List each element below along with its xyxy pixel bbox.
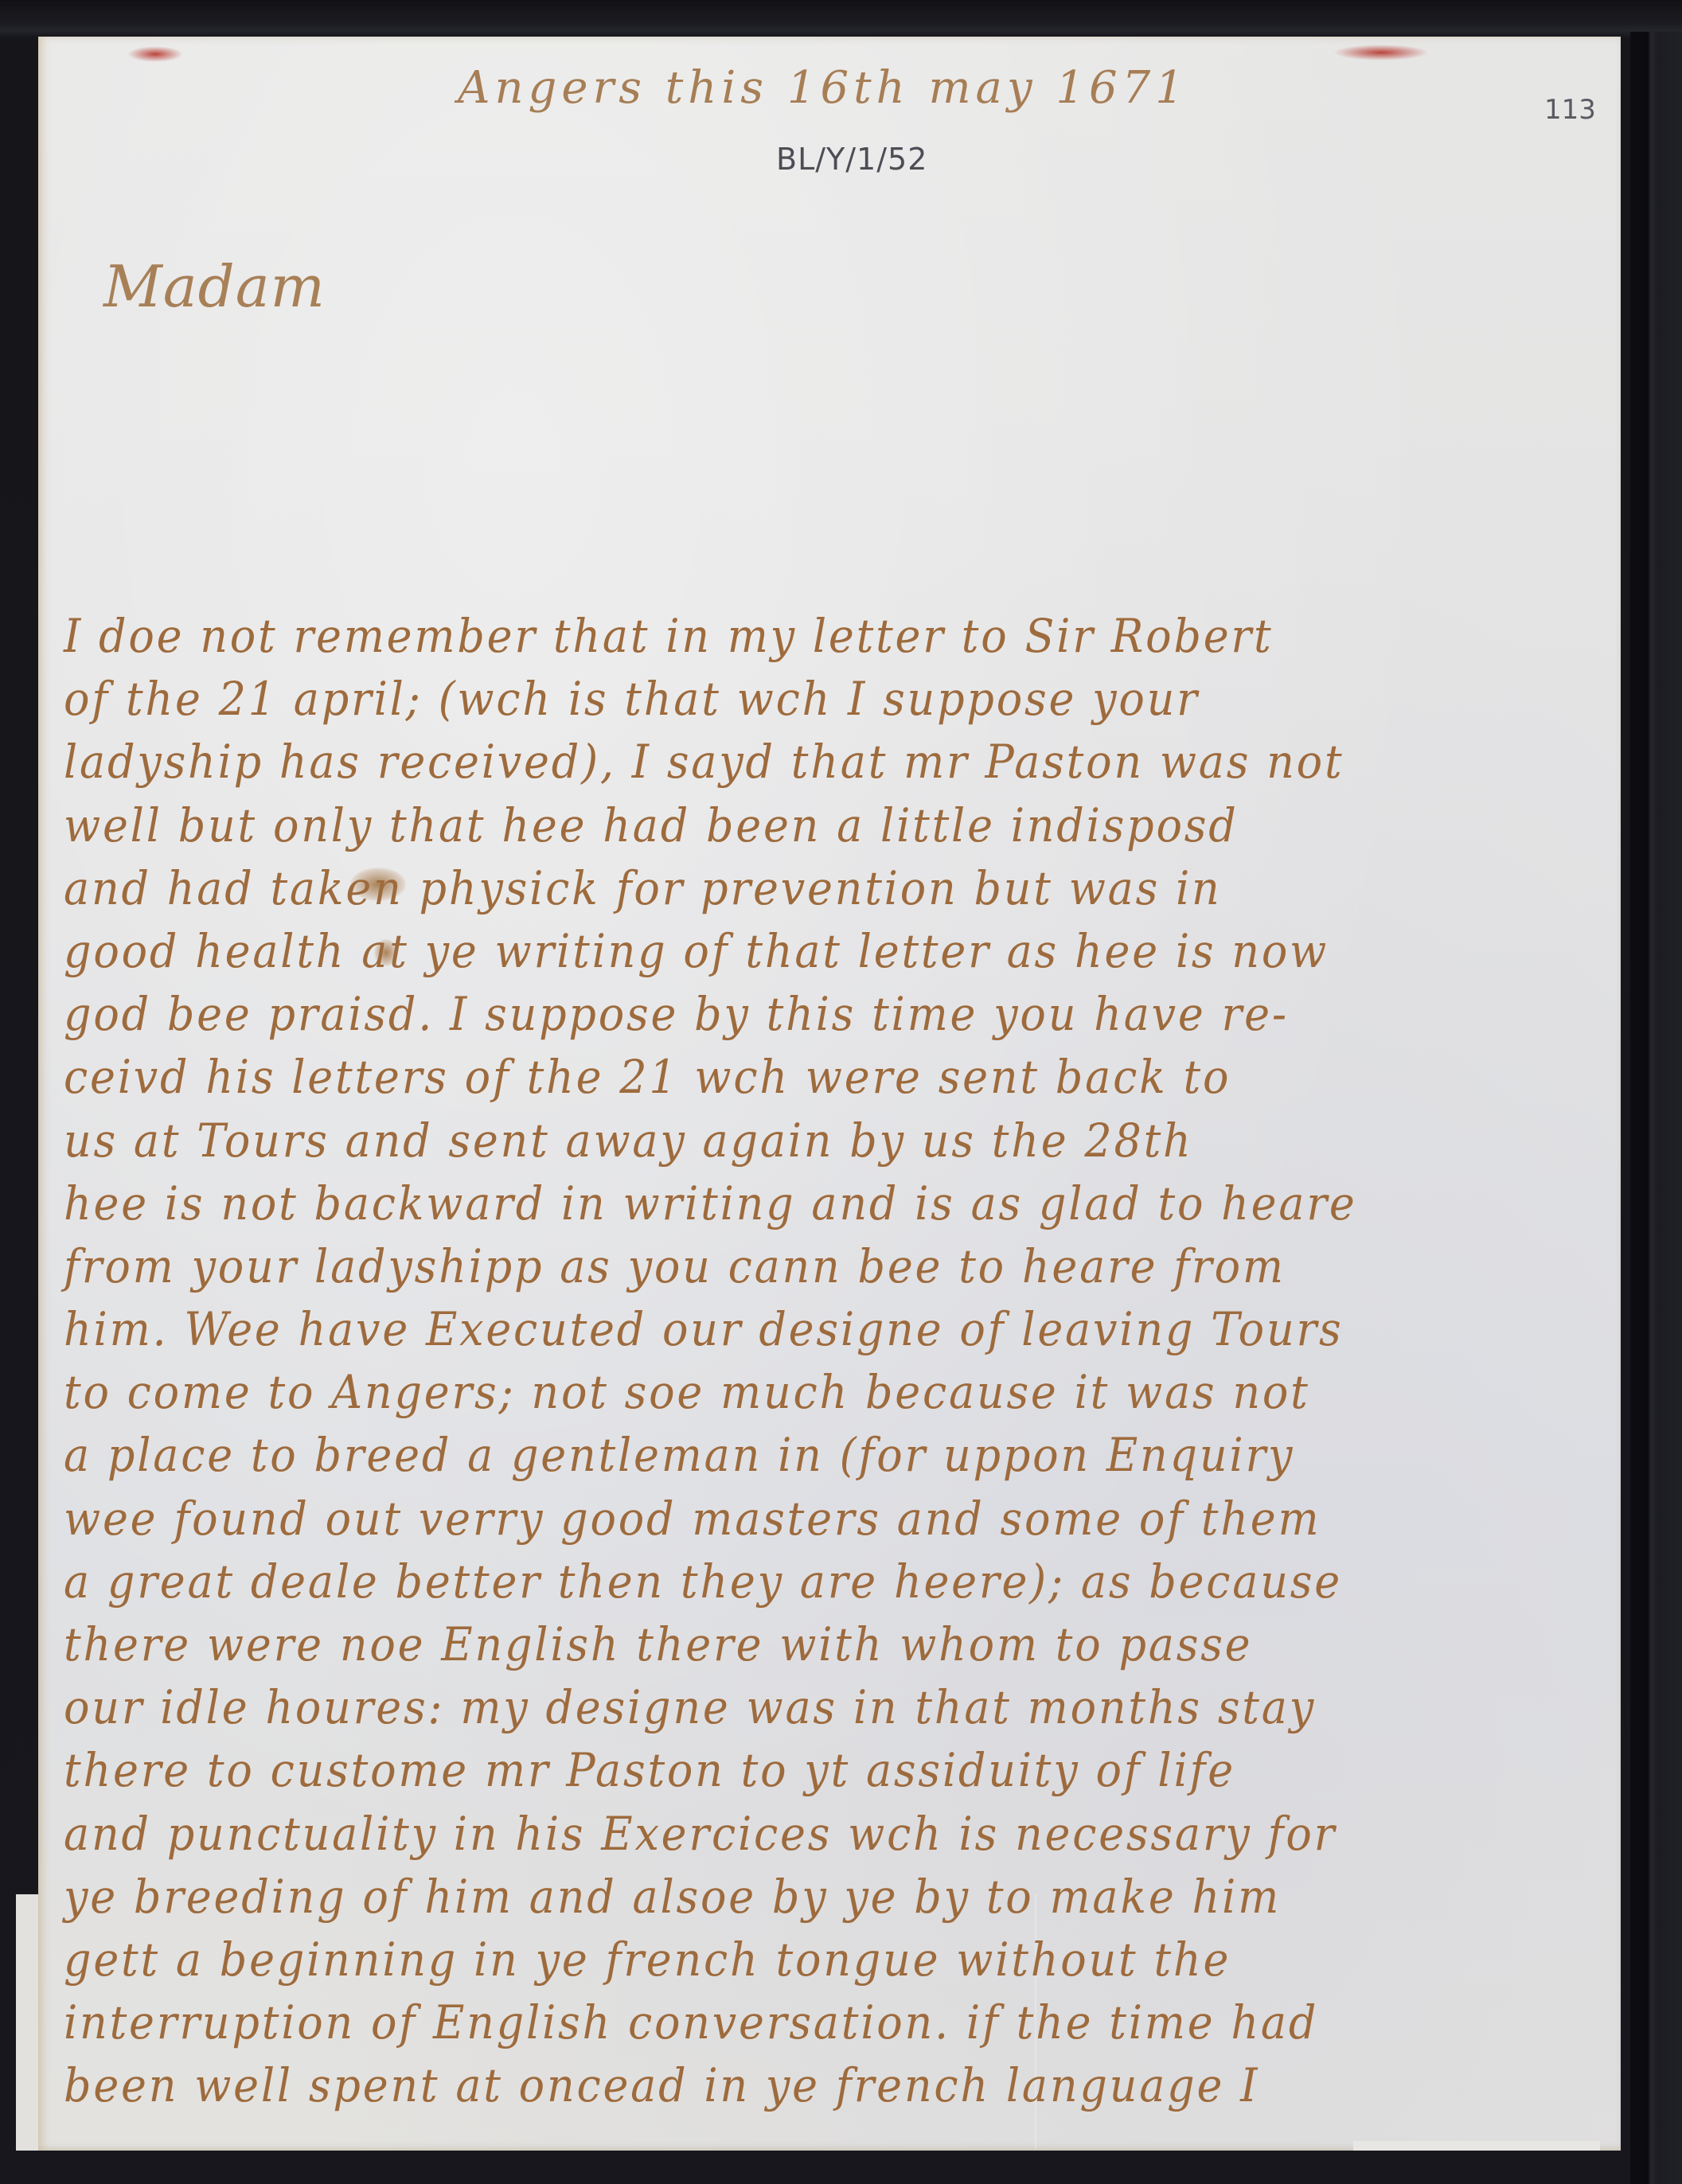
red-wax-trace-left [127,46,183,62]
salutation: Madam [103,253,326,320]
archive-shelfmark: BL/Y/1/52 [776,142,927,177]
body-line: of the 21 april; (wch is that wch I supp… [64,668,1500,731]
body-line: god bee praisd. I suppose by this time y… [64,983,1500,1046]
body-line: wee found out verry good masters and som… [64,1488,1500,1550]
body-line: him. Wee have Executed our designe of le… [64,1298,1500,1361]
body-line: and had taken physick for prevention but… [64,857,1500,920]
body-line: good health at ye writing of that letter… [64,920,1500,983]
body-line: there to custome mr Paston to yt assidui… [64,1739,1500,1802]
body-line: been well spent at oncead in ye french l… [64,2054,1500,2117]
body-line: ceivd his letters of the 21 wch were sen… [64,1046,1500,1109]
body-line: our idle houres: my designe was in that … [64,1676,1500,1739]
body-line: hee is not backward in writing and is as… [64,1172,1500,1235]
red-wax-trace-right [1333,45,1429,60]
body-line: gett a beginning in ye french tongue wit… [64,1929,1500,1991]
body-line: to come to Angers; not soe much because … [64,1361,1500,1424]
folio-number: 113 [1544,94,1596,126]
body-line: ye breeding of him and alsoe by ye by to… [64,1866,1500,1929]
paper-bottom-fold-strip [1353,2141,1600,2151]
body-line: I doe not remember that in my letter to … [64,605,1500,668]
mount-right-edge [1630,32,1682,2184]
body-line: from your ladyshipp as you cann bee to h… [64,1235,1500,1298]
body-line: us at Tours and sent away again by us th… [64,1110,1500,1172]
body-line: and punctuality in his Exercices wch is … [64,1803,1500,1866]
body-line: well but only that hee had been a little… [64,794,1500,857]
letter-body: I doe not remember that in my letter to … [64,605,1608,2118]
date-line: Angers this 16th may 1671 [458,62,1188,114]
body-line: interruption of English conversation. if… [64,1991,1500,2054]
body-line: a great deale better then they are heere… [64,1550,1500,1613]
body-line: ladyship has received), I sayd that mr P… [64,731,1500,794]
body-line: there were noe English there with whom t… [64,1613,1500,1676]
body-line: a place to breed a gentleman in (for upp… [64,1424,1500,1487]
